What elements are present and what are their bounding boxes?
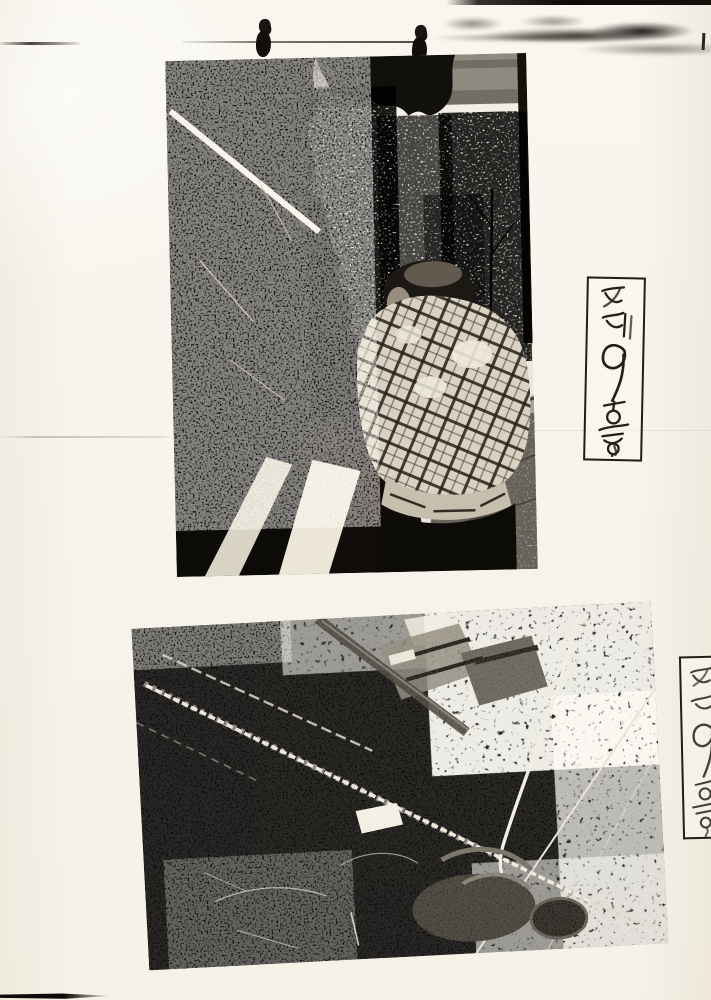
pencil-line-middle <box>182 41 424 43</box>
top-edge-scan-bar <box>446 0 711 5</box>
fastener-body <box>255 30 272 57</box>
pencil-line-left <box>0 42 80 45</box>
exhibit-label-1-handwriting <box>585 278 644 459</box>
exhibit-label-2-handwriting <box>681 658 711 838</box>
ink-smudge <box>424 8 711 56</box>
exhibit-label-2: 갑제 9호증 <box>679 656 711 840</box>
exhibit-label-1: 갑제 9호증 <box>583 276 646 461</box>
fold-crease <box>0 436 173 438</box>
scanned-page: High-contrast monochrome photo: man seen… <box>0 0 711 1000</box>
binder-fastener-icon <box>255 19 275 61</box>
photo-top: High-contrast monochrome photo: man seen… <box>165 53 538 577</box>
photo-bottom: Very dark monochrome photo: twisted cabl… <box>131 602 668 971</box>
bottom-scan-mark <box>0 993 112 999</box>
